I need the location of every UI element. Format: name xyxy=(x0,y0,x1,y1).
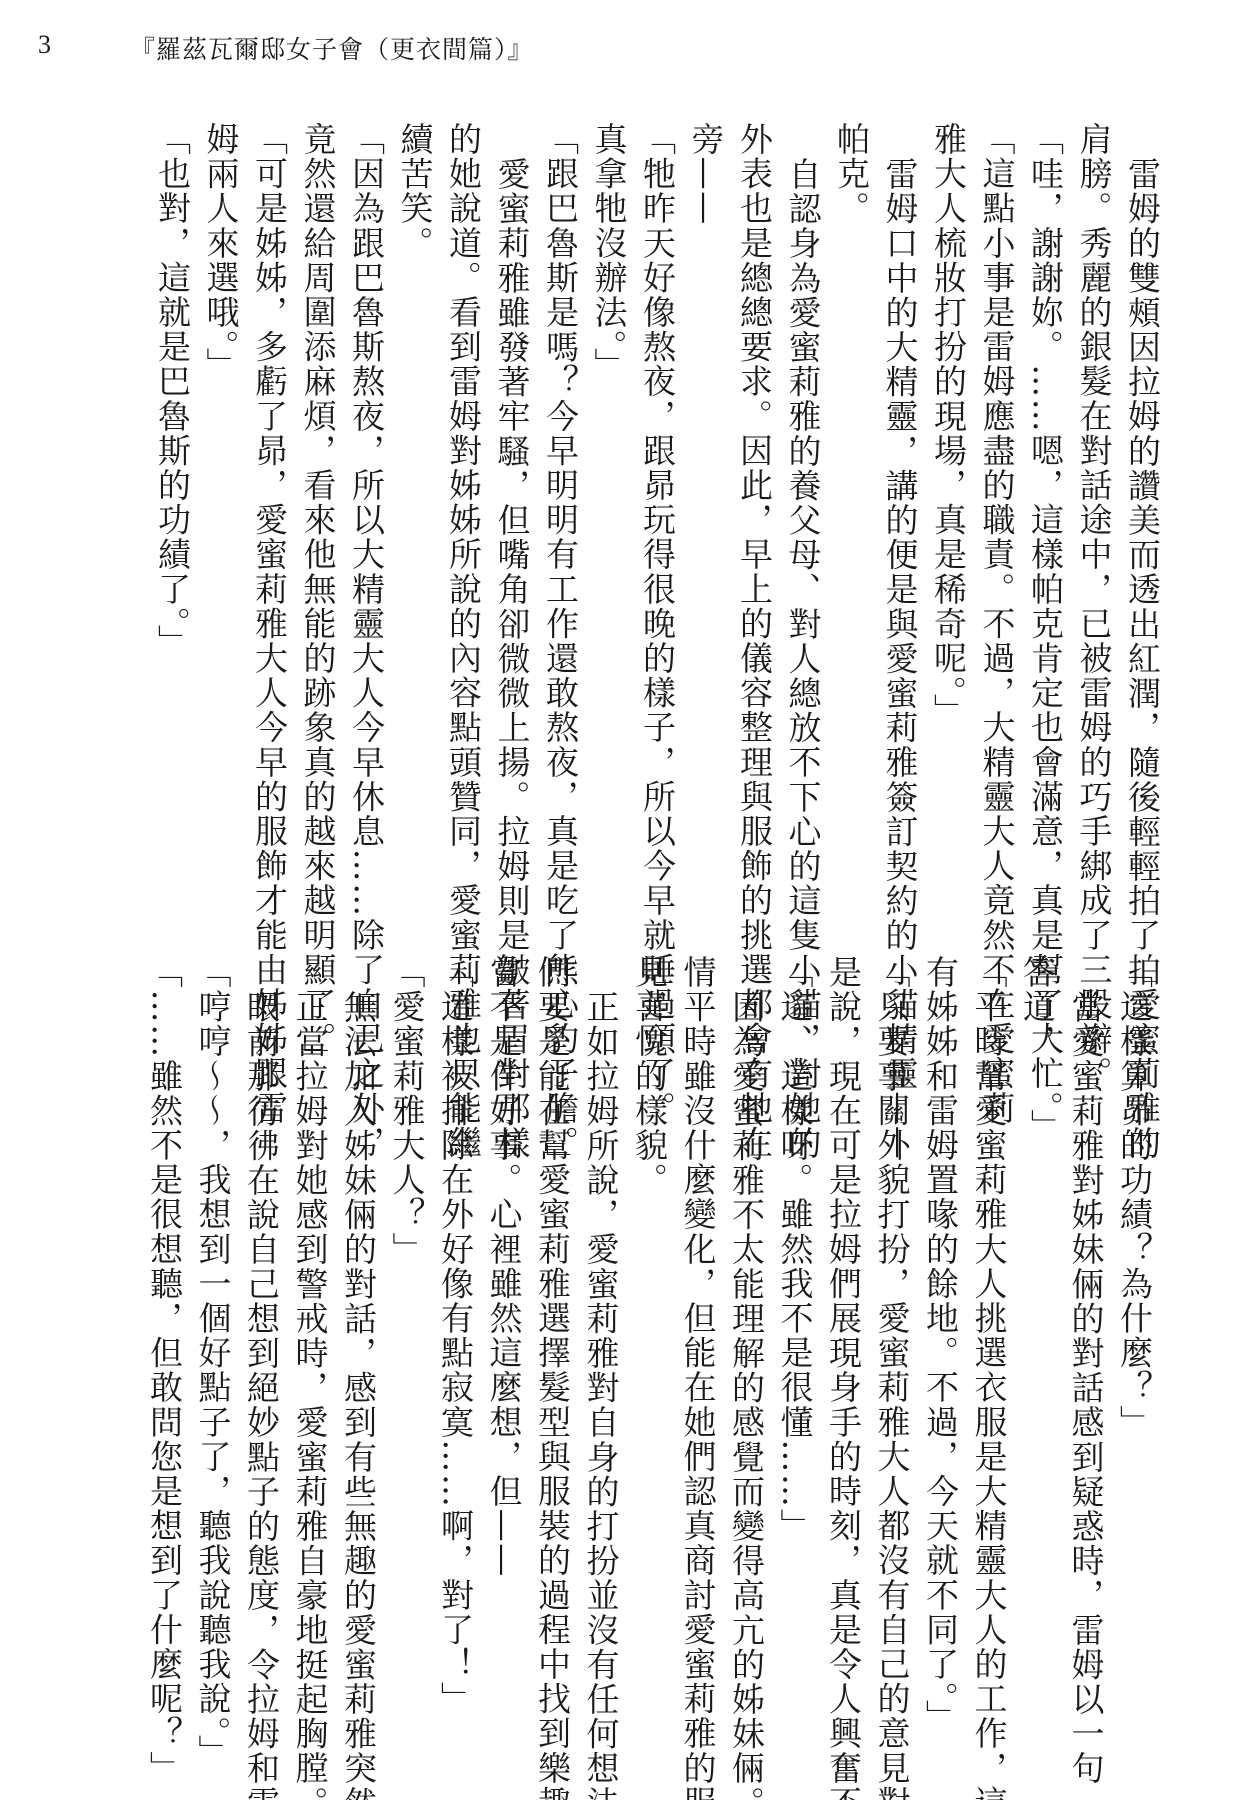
text-column: 竟然還給周圍添麻煩，看來他無能的跡象真的越來越明顯了。」 xyxy=(293,122,342,882)
text-column: 旁—— xyxy=(681,122,730,882)
text-column: 肩膀。秀麗的銀髮在對話途中，已被雷姆的巧手綁成了三股辮。 xyxy=(1069,122,1118,882)
text-column: 「這樣算昴的功績？為什麼？」 xyxy=(1110,955,1159,1720)
text-column: 真拿牠沒辦法。」 xyxy=(584,122,633,882)
text-column: 的她說道。看到雷姆對姊姊所說的內容點頭贊同，愛蜜莉雅也只能繼 xyxy=(439,122,488,882)
text-column: 自認身為愛蜜莉雅的養父母、對人總放不下心的這隻小貓，對她的 xyxy=(778,122,827,882)
text-column: 「……雖然不是很想聽，但敢問您是想到了什麼呢？」 xyxy=(140,955,189,1720)
text-column: 見喜悅的樣貌。 xyxy=(625,955,674,1720)
text-column: 們要是能在幫愛蜜莉雅選擇髮型與服裝的過程中找到樂趣的話，也未 xyxy=(528,955,577,1720)
text-column: 「牠昨天好像熬夜，跟昴玩得很晚的樣子，所以今早就睡過頭了。 xyxy=(633,122,682,882)
text-column: 「哇，謝謝妳。……嗯，這樣帕克肯定也會滿意，真是幫了大忙。」 xyxy=(1021,122,1070,882)
text-column: 眼前那彷彿在說自己想到絕妙點子的態度，令拉姆和雷姆面面相覷。 xyxy=(237,955,286,1720)
text-column: 「愛蜜莉雅大人？」 xyxy=(382,955,431,1720)
text-column: 雅大人梳妝打扮的現場，真是稀奇呢。」 xyxy=(924,122,973,882)
text-column: 正如拉姆所說，愛蜜莉雅對自身的打扮並沒有任何想法。因此，她 xyxy=(576,955,625,1720)
text-column: 「跟巴魯斯是嗎？今早明明有工作還敢熬夜，真是吃了熊心豹子膽。」 xyxy=(536,122,585,882)
text-column: 「也對，這就是巴魯斯的功績了。」 xyxy=(148,122,197,882)
text-column: 答道， xyxy=(1013,955,1062,1720)
text-column: 是說，現在可是拉姆們展現身手的時刻，真是令人興奮不已呢。」 xyxy=(819,955,868,1720)
text-column: 「哼哼～～，我想到一個好點子了，聽我說聽我說。」 xyxy=(188,955,237,1720)
text-column: 正當拉姆對她感到警戒時，愛蜜莉雅自豪地挺起胸膛。 xyxy=(285,955,334,1720)
text-column: 愛蜜莉雅雖發著牢騷，但嘴角卻微微上揚。拉姆則是皺著眉對那樣 xyxy=(487,122,536,882)
text-column: 「這、這樣呀。雖然我不是很懂……」 xyxy=(770,955,819,1720)
text-column: 續苦笑。 xyxy=(390,122,439,882)
running-title: 『羅茲瓦爾邸女子會（更衣間篇）』 xyxy=(130,30,534,66)
text-column: 有姊姊和雷姆置喙的餘地。不過，今天就不同了。」 xyxy=(916,955,965,1720)
text-block-bottom: 「這樣算昴的功績？為什麼？」當愛蜜莉雅對姊妹倆的對話感到疑惑時，雷姆以一句「因為… xyxy=(118,955,1158,1720)
text-column: 「平時幫愛蜜莉雅大人挑選衣服是大精靈大人的工作，這之中並沒 xyxy=(964,955,1013,1720)
text-column: 嘗不是件好事。心裡雖然這麼想，但—— xyxy=(479,955,528,1720)
text-column: 雷姆的雙頰因拉姆的讚美而透出紅潤，隨後輕輕拍了拍愛蜜莉雅的 xyxy=(1118,122,1167,882)
text-column: 「這樣被排除在外好像有點寂寞……啊，對了！」 xyxy=(431,955,480,1720)
page-number: 3 xyxy=(38,30,51,60)
text-column: 因為愛蜜莉雅不太能理解的感覺而變得高亢的姊妹倆。這兩人的表 xyxy=(722,955,771,1720)
text-column: 情平時雖沒什麼變化，但能在她們認真商討愛蜜莉雅的服裝途中，窺 xyxy=(673,955,722,1720)
text-column: 「只要事關外貌打扮，愛蜜莉雅大人都沒有自己的意見對吧？也就 xyxy=(867,955,916,1720)
text-column: 姆兩人來選哦。」 xyxy=(196,122,245,882)
text-column: 當愛蜜莉雅對姊妹倆的對話感到疑惑時，雷姆以一句「因為」開口 xyxy=(1061,955,1110,1720)
text-column: 帕克。 xyxy=(827,122,876,882)
text-column: 「因為跟巴魯斯熬夜，所以大精靈大人今早休息……除了自己之外， xyxy=(342,122,391,882)
text-column: 「可是姊姊，多虧了昴，愛蜜莉雅大人今早的服飾才能由姊姊跟雷 xyxy=(245,122,294,882)
text-column: 「這點小事是雷姆應盡的職責。不過，大精靈大人竟然不在愛蜜莉 xyxy=(972,122,1021,882)
text-column: 雷姆口中的大精靈，講的便是與愛蜜莉雅簽訂契約的小貓精靈—— xyxy=(875,122,924,882)
text-column: 無法加入姊妹倆的對話，感到有些無趣的愛蜜莉雅突然亮起了眼睛。 xyxy=(334,955,383,1720)
text-column: 外表也是總總要求。因此，早上的儀容整理與服飾的挑選都會有牠在 xyxy=(730,122,779,882)
text-block-top: 雷姆的雙頰因拉姆的讚美而透出紅潤，隨後輕輕拍了拍愛蜜莉雅的肩膀。秀麗的銀髮在對話… xyxy=(126,122,1166,882)
